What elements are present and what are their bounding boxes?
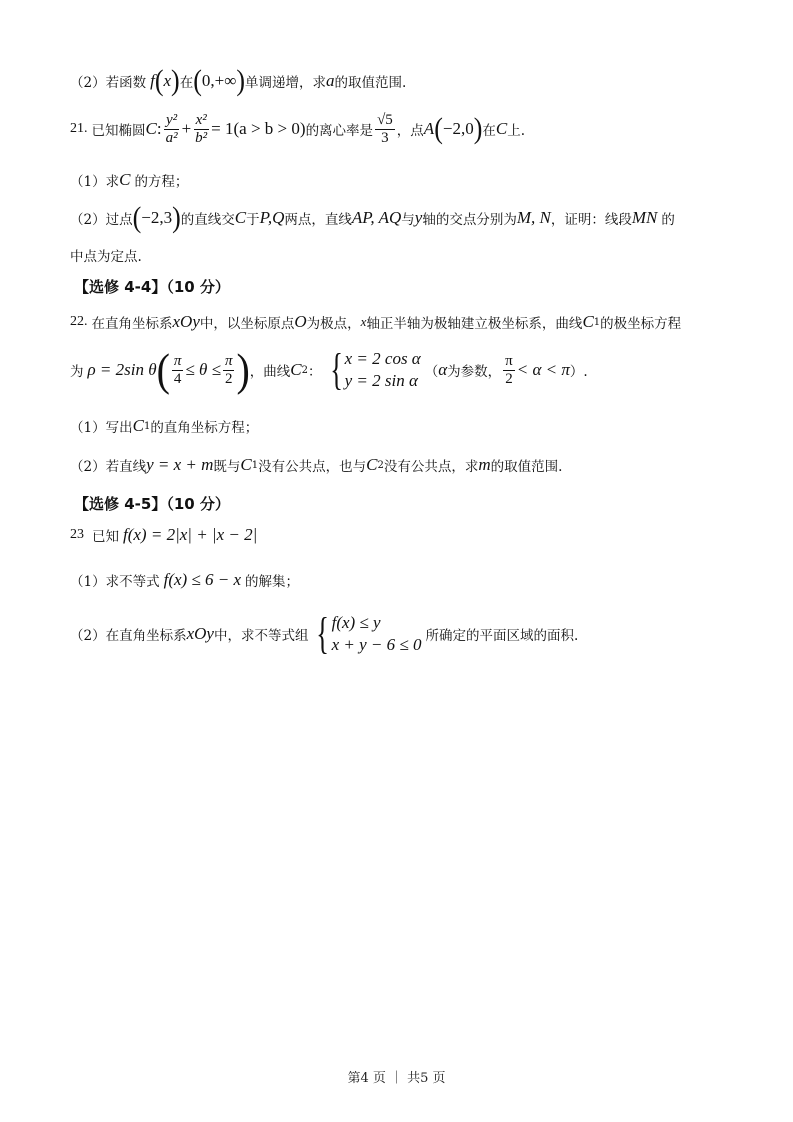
math-y: y [415, 208, 423, 228]
system-row: x = 2 cos α [345, 349, 421, 369]
q22-part1: （1）写出 C1 的直角坐标方程； [70, 416, 258, 436]
text: 两点，直线 [284, 208, 352, 228]
text: ，点 [397, 119, 424, 139]
text: ，曲线 [250, 360, 291, 380]
math-xoy: xOy [173, 312, 200, 332]
question-number: 23 [70, 527, 84, 543]
math-a: a [326, 71, 335, 91]
math-c: C [146, 119, 157, 139]
function-definition: f(x) = 2|x| + |x − 2| [123, 525, 257, 545]
math-c1: C [133, 416, 144, 436]
text: （ [425, 360, 439, 380]
text: 所确定的平面区域的面积. [425, 624, 578, 644]
text: 已知 [92, 525, 119, 545]
q21-part1: （1）求 C 的方程； [70, 170, 188, 190]
text: 与 [401, 208, 415, 228]
text: ，证明：线段 [551, 208, 632, 228]
point-a: A [424, 119, 434, 139]
q22-stem-line2: 为 ρ = 2sin θ ( π4 ≤ θ ≤ π2 ) ，曲线 C2 ： { … [70, 348, 588, 392]
text: 在 [180, 71, 194, 91]
page-footer: 第4 页 ｜ 共5 页 [0, 1067, 793, 1086]
text: 轴正半轴为极轴建立极坐标系，曲线 [366, 312, 582, 332]
text: 的取值范围. [335, 71, 407, 91]
denominator: a² [164, 130, 180, 147]
fraction-y2-a2: y²a² [164, 112, 180, 146]
q21-stem: 21. 已知椭圆 C : y²a² + x²b² = 1(a > b > 0) … [70, 112, 525, 146]
math-segment: MN [632, 208, 658, 228]
q22-stem: 22. 在直角坐标系 xOy 中，以坐标原点 O 为极点， x 轴正半轴为极轴建… [70, 312, 681, 332]
text: 的方程； [134, 170, 188, 190]
math-c: C [119, 170, 130, 190]
math-lines: AP, AQ [352, 208, 401, 228]
q23-stem: 23 已知 f(x) = 2|x| + |x − 2| [70, 525, 257, 545]
text: 已知椭圆 [92, 119, 146, 139]
colon: : [157, 119, 162, 139]
fraction-x2-b2: x²b² [193, 112, 209, 146]
text: 于 [246, 208, 260, 228]
question-number: 21. [70, 121, 88, 137]
section-heading-4-4: 【选修 4-4】（10 分） [74, 276, 230, 297]
part-label: （2）在直角坐标系 [70, 624, 187, 644]
math-m: m [478, 455, 490, 475]
point-coords: −2,3 [141, 208, 172, 228]
denominator: 2 [503, 371, 515, 388]
math-c: C [235, 208, 246, 228]
text: 的离心率是 [306, 119, 374, 139]
q21-part2-cont: 中点为定点. [70, 245, 142, 265]
text: 为极点， [307, 312, 361, 332]
text: 的极坐标方程 [600, 312, 681, 332]
text: 为 [70, 360, 84, 380]
text: 轴的交点分别为 [422, 208, 517, 228]
question-number: 22. [70, 314, 88, 330]
text: 的直线交 [181, 208, 235, 228]
polar-equation: ρ = 2sin θ [88, 360, 157, 380]
parametric-system: { x = 2 cos α y = 2 sin α [326, 348, 421, 392]
numerator: π [172, 353, 184, 371]
point-coords: −2,0 [443, 119, 474, 139]
part-label: （1）求 [70, 170, 119, 190]
fraction-pi-4: π4 [172, 353, 184, 387]
text: 中，以坐标原点 [200, 312, 295, 332]
part-label: （2）过点 [70, 208, 133, 228]
text: ： [308, 360, 322, 380]
math-x: x [164, 71, 172, 91]
interval: 0,+∞ [202, 71, 236, 91]
text: 的解集； [245, 570, 299, 590]
plus: + [182, 119, 192, 139]
math-o: O [294, 312, 306, 332]
numerator: π [503, 353, 515, 371]
math-c: C [496, 119, 507, 139]
q22-part2: （2）若直线 y = x + m 既与 C1 没有公共点，也与 C2 没有公共点… [70, 455, 562, 475]
denominator: 2 [223, 371, 235, 388]
line-equation: y = x + m [146, 455, 213, 475]
text: 的取值范围. [491, 455, 563, 475]
fraction-pi-2: π2 [503, 353, 515, 387]
math-alpha: α [438, 360, 447, 380]
text: 中点为定点. [70, 245, 142, 265]
text: 没有公共点，也与 [258, 455, 366, 475]
math-c2: C [290, 360, 301, 380]
q23-part1: （1）求不等式 f(x) ≤ 6 − x 的解集； [70, 570, 299, 590]
text: 单调递增，求 [245, 71, 326, 91]
text: 为参数， [447, 360, 501, 380]
section-heading-4-5: 【选修 4-5】（10 分） [74, 493, 230, 514]
math-pq: P,Q [260, 208, 285, 228]
denominator: b² [193, 130, 209, 147]
part-label: （1）求不等式 [70, 570, 160, 590]
math-mn: M, N [517, 208, 551, 228]
numerator: π [223, 353, 235, 371]
text: 中，求不等式组 [214, 624, 309, 644]
alpha-range: < α < π [517, 360, 570, 380]
theta-range: ≤ θ ≤ [185, 360, 221, 380]
math-xoy: xOy [187, 624, 214, 644]
text: 既与 [213, 455, 240, 475]
text: 的 [661, 208, 675, 228]
text: 没有公共点，求 [384, 455, 479, 475]
system-row: x + y − 6 ≤ 0 [332, 635, 422, 655]
denominator: 4 [172, 371, 184, 388]
part-label: （2）若直线 [70, 455, 146, 475]
denominator: 3 [379, 130, 391, 147]
q20-part2: （2） 若函数 f (x) 在 (0,+∞) 单调递增，求 a 的取值范围. [70, 68, 406, 94]
system-row: f(x) ≤ y [332, 613, 422, 633]
text: 在直角坐标系 [92, 312, 173, 332]
part-label: （2） [70, 71, 106, 91]
numerator: √5 [375, 112, 395, 130]
numerator: x² [194, 112, 209, 130]
text: ）. [570, 360, 588, 380]
math-c2: C [366, 455, 377, 475]
text: 在 [482, 119, 496, 139]
math-c1: C [582, 312, 593, 332]
text: 的直角坐标方程； [150, 416, 258, 436]
q21-part2: （2）过点 (−2,3) 的直线交 C 于 P,Q 两点，直线 AP, AQ 与… [70, 205, 675, 231]
numerator: y² [164, 112, 179, 130]
fraction-pi-2: π2 [223, 353, 235, 387]
text: 若函数 [106, 71, 147, 91]
text: 上. [507, 119, 525, 139]
math-c1: C [240, 455, 251, 475]
q23-part2: （2）在直角坐标系 xOy 中，求不等式组 { f(x) ≤ y x + y −… [70, 612, 578, 656]
system-row: y = 2 sin α [345, 371, 421, 391]
inequality-system: { f(x) ≤ y x + y − 6 ≤ 0 [312, 612, 421, 656]
fraction-eccentricity: √53 [375, 112, 395, 146]
inequality: f(x) ≤ 6 − x [164, 570, 241, 590]
part-label: （1）写出 [70, 416, 133, 436]
equation-condition: = 1(a > b > 0) [211, 119, 305, 139]
